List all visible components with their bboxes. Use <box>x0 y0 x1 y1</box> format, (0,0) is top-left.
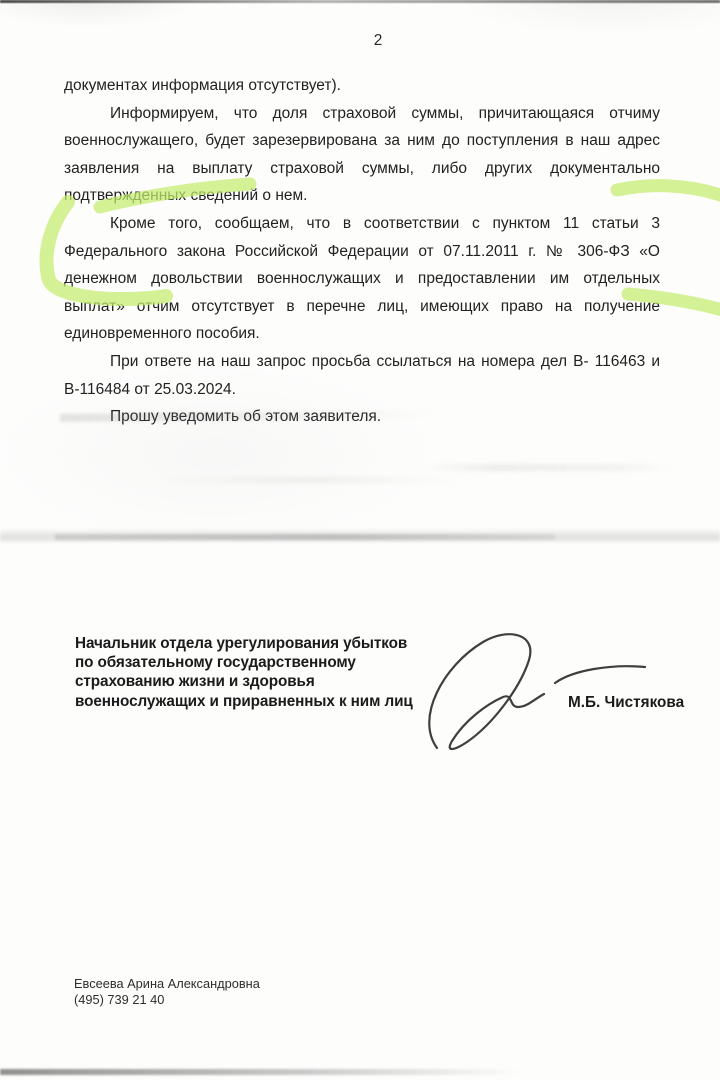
paragraph-request: Прошу уведомить об этом заявителя. <box>64 403 660 431</box>
scan-top-edge <box>0 0 720 3</box>
paragraph-inform: Информируем, что доля страховой суммы, п… <box>64 100 660 210</box>
executor-contact: Евсеева Арина Александровна (495) 739 21… <box>74 976 260 1007</box>
executor-name: Евсеева Арина Александровна <box>74 976 260 992</box>
signature-flourish <box>555 666 645 683</box>
scan-bottom-edge <box>0 1069 520 1075</box>
fold-crease <box>0 528 720 544</box>
bleed-through-smudge <box>420 464 670 471</box>
page-number: 2 <box>0 32 720 50</box>
letter-body: документах информация отсутствует). Инфо… <box>64 72 660 431</box>
signature-loop <box>429 634 544 749</box>
scanned-letter-page: 2 документах информация отсутствует). Ин… <box>0 0 720 1080</box>
paragraph-continuation: документах информация отсутствует). <box>64 72 660 100</box>
bleed-through-smudge <box>150 477 470 483</box>
executor-phone: (495) 739 21 40 <box>74 992 260 1008</box>
signer-name: М.Б. Чистякова <box>568 694 684 712</box>
paragraph-krome-togo: Кроме того, сообщаем, что в соответствии… <box>64 210 660 348</box>
fold-crease <box>55 534 555 540</box>
paragraph-case-reference: При ответе на наш запрос просьба ссылать… <box>64 348 660 403</box>
